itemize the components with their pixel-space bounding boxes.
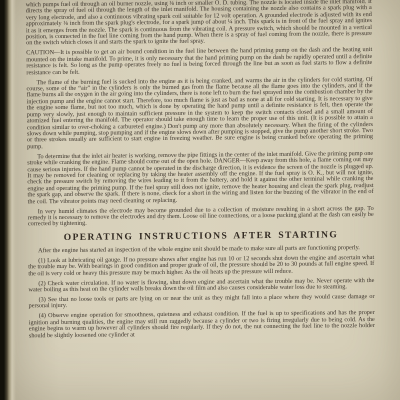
section-intro: After the engine has started an inspecti… xyxy=(28,245,374,255)
numbered-instruction-1: (1) Look at lubricating oil gauge. If no… xyxy=(28,255,374,278)
scan-edge-shadow xyxy=(0,0,16,400)
body-paragraph-continuation: which pumps fuel oil through an oil burn… xyxy=(26,0,372,47)
body-paragraph-flame: The flame of the burning fuel is sucked … xyxy=(26,77,373,151)
body-paragraph-humid-climates: In very humid climates the electrode may… xyxy=(28,206,374,229)
body-paragraph-heater-check: To determine that the inlet air heater i… xyxy=(27,151,373,206)
section-heading: OPERATING INSTRUCTIONS AFTER STARTING xyxy=(28,230,374,243)
numbered-instruction-4: (4) Observe engine operation for smoothn… xyxy=(29,310,375,339)
page-content: which pumps fuel oil through an oil burn… xyxy=(26,0,375,343)
manual-page: which pumps fuel oil through an oil burn… xyxy=(0,0,400,400)
caution-paragraph: CAUTION—It is possible to get an air bou… xyxy=(26,47,372,76)
numbered-instruction-3: (3) See that no loose tools or parts are… xyxy=(29,294,375,310)
numbered-instruction-2: (2) Check water circulation. If no water… xyxy=(28,278,374,294)
